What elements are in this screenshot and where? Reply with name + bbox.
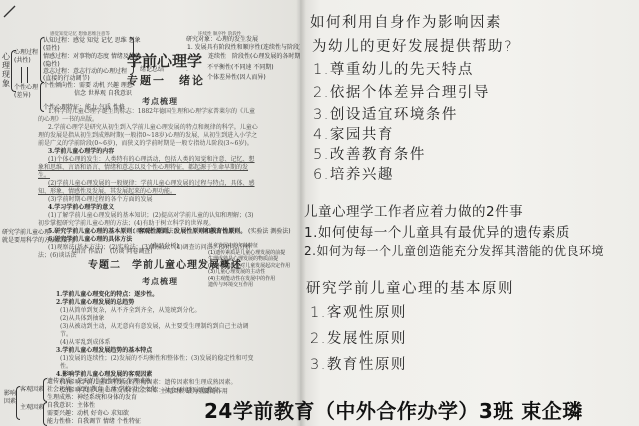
bottom-map-item: 自我意识：主体性 bbox=[47, 402, 95, 410]
bottom-map-item: 需要兴趣：动机 好奇心 求知欲 bbox=[47, 410, 129, 418]
mindmap-process: 心理过程(共性) bbox=[14, 49, 40, 65]
q3-item: 1.客观性原则 bbox=[310, 304, 407, 322]
paragraph: (3)学前时期心理过程的各个方面的发展 bbox=[38, 196, 258, 204]
paragraph-heading: 4.学习学前心理学的意义 bbox=[38, 204, 258, 212]
bottom-map-root: 影响因素 bbox=[4, 390, 16, 406]
method-note: (语言 作品) bbox=[72, 248, 103, 256]
q1-answer: 1.尊重幼儿的先天特点 bbox=[313, 61, 474, 79]
q2-item: 2.如何为每一个儿童创造能充分发挥其潜能的优良环境 bbox=[304, 242, 604, 259]
mindmap-item: (显性) bbox=[43, 45, 60, 53]
q1-question-line: 为幼儿的更好发展提供帮助? bbox=[312, 38, 513, 56]
margin-note: 研究学前儿童心理 bbox=[2, 229, 50, 237]
arrow-down-line bbox=[27, 67, 28, 83]
paragraph: (1)从简单到复杂，从不齐全到齐全，从笼统到分化。 bbox=[56, 307, 256, 315]
q3-title: 研究学前儿童心理的基本原则 bbox=[306, 280, 514, 298]
section2-side-notes: 儿童发展中的年龄特征 (1)遗传素质是儿童心理发展的前提 生理成熟是心理发展的物… bbox=[208, 243, 300, 289]
method-note: (作品分析) bbox=[150, 243, 179, 251]
paragraph: (1)了解学前儿童心理发展的基本知识；(2)提高对学前儿童的认知和理解；(3)初… bbox=[38, 212, 258, 228]
mindmap-root: 心理现象 bbox=[2, 52, 10, 88]
q2-title: 儿童心理学工作者应着力做的2件事 bbox=[304, 200, 523, 220]
right-page-handwritten-notes: 如何利用自身作为影响因素 为幼儿的更好发展提供帮助? 1.尊重幼儿的先天特点 2… bbox=[300, 0, 639, 426]
page-fold-shadow bbox=[296, 0, 306, 426]
q1-answer: 6.培养兴趣 bbox=[313, 166, 394, 184]
q1-answer: 5.改善教育条件 bbox=[313, 146, 426, 164]
bottom-map-item: 遗传素质：先天的生物性特征 生理成熟 bbox=[47, 378, 151, 386]
mindmap-item: 认知过程：感觉 知觉 记忆 思维 想象 bbox=[43, 37, 141, 45]
q1-question-line: 如何利用自身作为影响因素 bbox=[310, 14, 502, 32]
pen-stroke-icon bbox=[3, 4, 17, 18]
paragraph: 1.科学的儿童心理学诞生的标志：1882年德国生理和心理学家普莱尔的《儿童的心理… bbox=[38, 108, 258, 124]
paragraph: (4)从零乱到成体系 bbox=[56, 339, 256, 347]
method-note: (观察法 谈话法) bbox=[133, 228, 176, 236]
kaodian-heading: 考点梳理 bbox=[142, 276, 178, 287]
section1-side-note: 1. 发展具有阶段性和顺序性(连续性与阶段) bbox=[187, 44, 300, 52]
section1-side-note: 个体差异性(因人而异) bbox=[207, 74, 266, 82]
paragraph: (2)学前儿童心理发展的一般规律：学前儿童心理发展的过程与特点，具体、感知、形象… bbox=[38, 180, 258, 196]
paragraph: 2.学前心理学是研究从初生到入学前儿童心理发展的特点和规律的科学。儿童心理的发展… bbox=[38, 124, 258, 148]
bottom-map-subjective: 主观因素 bbox=[20, 404, 44, 412]
section1-title: 专题一 绪论 bbox=[127, 72, 205, 88]
q1-answer: 2.依据个体差异合理引导 bbox=[313, 84, 490, 102]
bottom-map-objective: 客观因素 bbox=[20, 386, 44, 394]
arrow-up-line bbox=[21, 67, 22, 83]
bottom-map-item: 社会环境：家庭 教育 生活 学校 社会文化 bbox=[47, 386, 157, 394]
mindmap-item: 信念 世界观 自我意识 bbox=[74, 90, 132, 98]
bullet-dot: · bbox=[186, 56, 188, 63]
bottom-map-item: 能力性格：自我调节 情绪 个性特征 bbox=[47, 418, 141, 426]
paragraph: (2)从具体到抽象 bbox=[56, 315, 256, 323]
paragraph-heading: 1.学前儿童心理变化的特点：逐步性。 bbox=[56, 291, 256, 299]
paragraph-heading: 3.学前儿童心理发展趋势的基本特点 bbox=[56, 347, 256, 355]
margin-note: 就是要用科学的方法去研究 bbox=[2, 237, 74, 245]
bottom-map-item: 生理成熟：神经系统和身体的发育 bbox=[47, 394, 137, 402]
paragraph-heading: 3.学前儿童心理学的内容 bbox=[38, 148, 258, 156]
paragraph: (1)个体心理的发生：人类特有的心理活动，包括人类的知觉和注意、记忆、想象和思维… bbox=[38, 156, 258, 180]
mindmap-individual: 个性心理(差异) bbox=[14, 84, 42, 100]
paragraph: (1)发展的连续性；(2)发展的不均衡性和整体性；(3)发展的稳定性和可变性。 bbox=[56, 355, 256, 371]
mindmap-item: 个性倾向性：需要 动机 兴趣 理想 bbox=[43, 82, 133, 90]
kaodian-heading: 考点梳理 bbox=[142, 96, 178, 107]
q3-item: 3.教育性原则 bbox=[310, 356, 407, 374]
author-caption: 24学前教育（中外合作办学）3班 束企璘 bbox=[204, 395, 583, 424]
q2-item: 1.如何使每一个儿童具有最优异的遗传素质 bbox=[304, 221, 570, 241]
paragraph: (3)从被动到主动，从无意向有意发展，从主要受生理制约到自己主动调节。 bbox=[56, 323, 256, 339]
left-page-printed-notes: 心理现象 心理过程(共性) 个性心理(差异) 感觉知觉记忆 想象思维注意等 认知… bbox=[0, 0, 300, 426]
section1-side-note: 连续性 阶段性(心理发展的各时期) bbox=[208, 53, 300, 61]
method-note: (访谈 问卷调查) bbox=[110, 248, 153, 256]
method-note: (问卷法 访谈) bbox=[200, 228, 237, 236]
q1-answer: 3.创设适宜环境条件 bbox=[313, 106, 458, 124]
paragraph-heading: 2.学前儿童心理发展的总趋势 bbox=[56, 299, 256, 307]
side-note: 遗传与环境交互作用 bbox=[208, 282, 300, 289]
chapter-title: 学前心理学 bbox=[127, 50, 202, 71]
section1-side-note: 研究对象：心理的发生发展 bbox=[186, 36, 258, 44]
q1-answer: 4.家园共育 bbox=[313, 126, 394, 144]
q3-item: 2.发展性原则 bbox=[310, 330, 407, 348]
method-note: (实验法 测验法) bbox=[248, 228, 291, 236]
section1-side-note: 不平衡性(不同速 不同期) bbox=[207, 64, 274, 72]
